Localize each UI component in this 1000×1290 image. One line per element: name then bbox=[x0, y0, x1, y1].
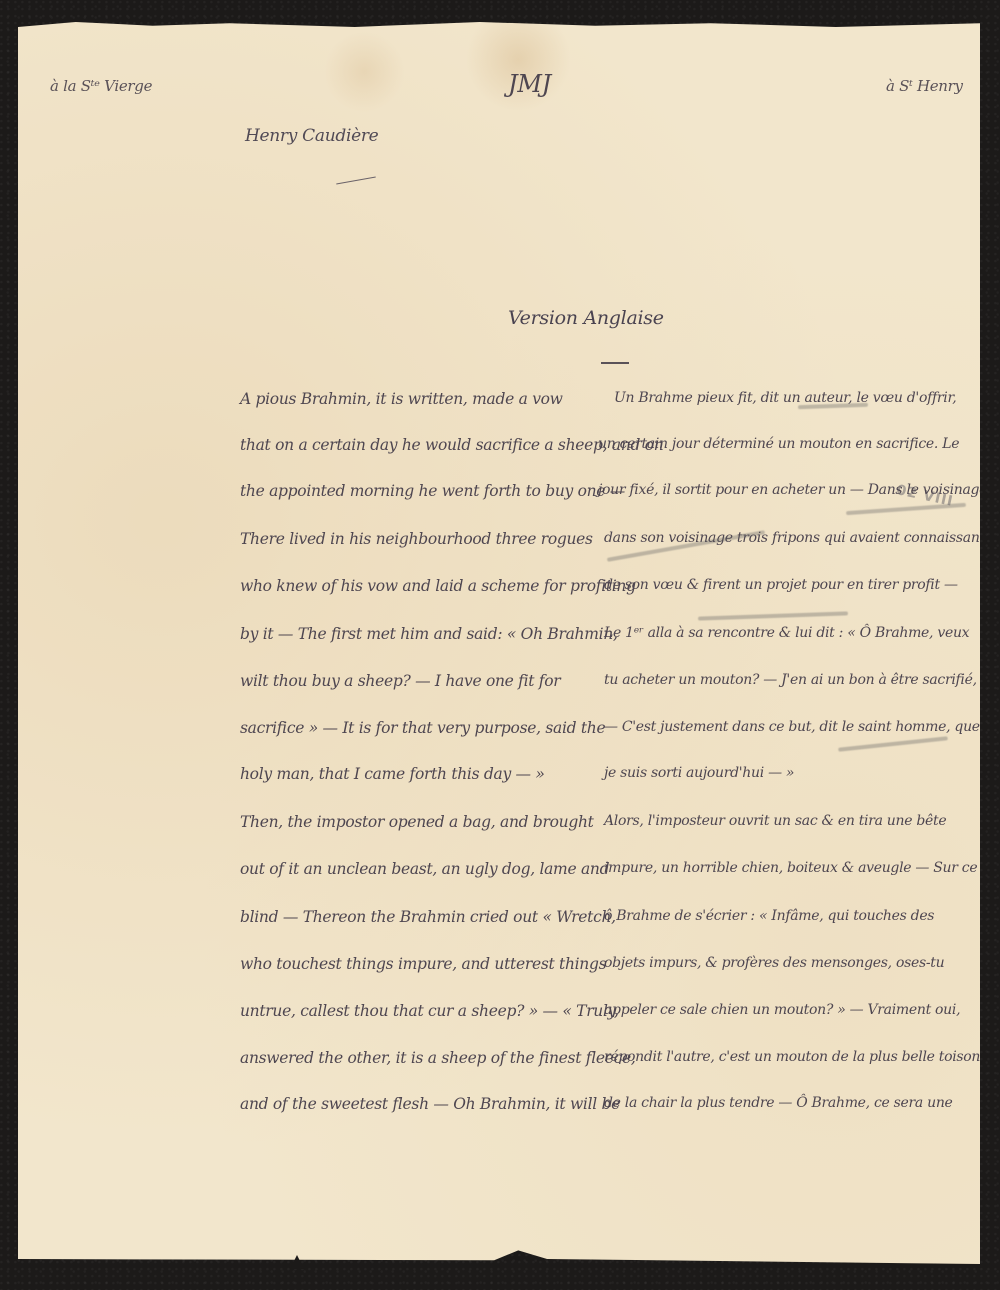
dedication-right: à Sᵗ Henry bbox=[886, 77, 963, 95]
french-line: je suis sorti aujourd'hui — » bbox=[604, 765, 794, 781]
title-underline bbox=[601, 362, 629, 364]
french-line: jour fixé, il sortit pour en acheter un … bbox=[598, 482, 987, 498]
author-flourish bbox=[336, 177, 376, 185]
english-line: by it — The first met him and said: « Oh… bbox=[240, 625, 618, 643]
english-line: the appointed morning he went forth to b… bbox=[240, 482, 625, 500]
french-line: répondit l'autre, c'est un mouton de la … bbox=[604, 1049, 984, 1065]
french-line: de son vœu & firent un projet pour en ti… bbox=[604, 577, 958, 593]
english-line: holy man, that I came forth this day — » bbox=[240, 765, 545, 783]
pencil-underline bbox=[698, 611, 848, 620]
english-line: blind — Thereon the Brahmin cried out « … bbox=[240, 908, 616, 926]
french-line: appeler ce sale chien un mouton? » — Vra… bbox=[604, 1002, 960, 1018]
author-name: Henry Caudière bbox=[245, 126, 378, 146]
english-line: who knew of his vow and laid a scheme fo… bbox=[240, 577, 636, 595]
french-line: un certain jour déterminé un mouton en s… bbox=[598, 436, 959, 452]
page-tear bbox=[290, 1255, 304, 1269]
english-line: Then, the impostor opened a bag, and bro… bbox=[240, 813, 594, 831]
french-line: objets impurs, & profères des mensonges,… bbox=[604, 955, 944, 971]
english-line: answered the other, it is a sheep of the… bbox=[240, 1049, 635, 1067]
english-line: sacrifice » — It is for that very purpos… bbox=[240, 719, 605, 737]
french-line: tu acheter un mouton? — J'en ai un bon à… bbox=[604, 672, 977, 688]
dedication-left: à la Sᵗᵉ Vierge bbox=[50, 77, 152, 95]
manuscript-page: à la Sᵗᵉ Vierge JMJ à Sᵗ Henry Henry Cau… bbox=[18, 22, 980, 1264]
french-line: ô Brahme de s'écrier : « Infâme, qui tou… bbox=[604, 908, 934, 924]
folio-mark: JMJ bbox=[508, 70, 551, 98]
english-line: and of the sweetest flesh — Oh Brahmin, … bbox=[240, 1095, 620, 1113]
french-line: dans son voisinage trois fripons qui ava… bbox=[604, 530, 995, 546]
french-line: impure, un horrible chien, boiteux & ave… bbox=[604, 860, 977, 876]
french-line: Alors, l'imposteur ouvrit un sac & en ti… bbox=[604, 813, 946, 829]
page-title: Version Anglaise bbox=[508, 307, 664, 329]
english-line: There lived in his neighbourhood three r… bbox=[240, 530, 593, 548]
french-line: — C'est justement dans ce but, dit le sa… bbox=[604, 719, 980, 735]
english-line: out of it an unclean beast, an ugly dog,… bbox=[240, 860, 609, 878]
english-line: A pious Brahmin, it is written, made a v… bbox=[240, 390, 563, 408]
french-line: Le 1ᵉʳ alla à sa rencontre & lui dit : «… bbox=[604, 625, 969, 641]
pencil-underline bbox=[838, 736, 948, 751]
english-line: who touchest things impure, and utterest… bbox=[240, 955, 606, 973]
english-line: wilt thou buy a sheep? — I have one fit … bbox=[240, 672, 560, 690]
french-line: Un Brahme pieux fit, dit un auteur, le v… bbox=[614, 390, 956, 406]
english-line: untrue, callest thou that cur a sheep? »… bbox=[240, 1002, 619, 1020]
french-line: de la chair la plus tendre — Ô Brahme, c… bbox=[604, 1095, 953, 1111]
